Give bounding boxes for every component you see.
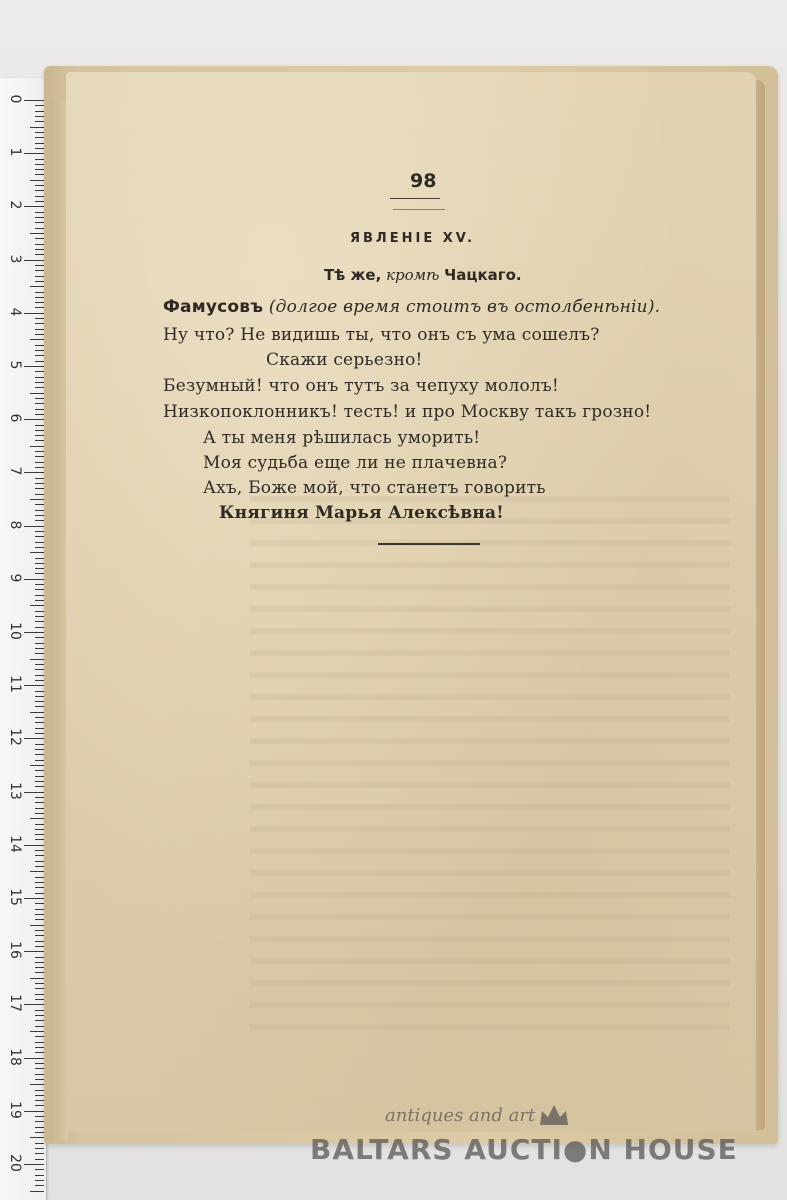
page-number: 98 [410, 170, 436, 192]
speaker-name: Фамусовъ [163, 297, 263, 317]
stage-direction-part3: Чацкаго. [444, 266, 522, 284]
watermark-title: BALTARS AUCTI●N HOUSE [310, 1133, 738, 1166]
page-number-underline-2 [393, 209, 445, 210]
verse-line: А ты меня рѣшилась уморить! [203, 428, 480, 448]
watermark-subtitle: antiques and art [385, 1105, 535, 1126]
verse-line: Ну что? Не видишь ты, что онъ съ ума сош… [163, 325, 600, 345]
crown-icon [538, 1105, 570, 1127]
page-content: 98 ЯВЛЕНІЕ XV. Тѣ же, кромѣ Чацкаго. Фам… [0, 0, 787, 1200]
stage-direction-part1: Тѣ же, [324, 266, 381, 284]
speaker-line: Фамусовъ (долгое время стоитъ въ остолбе… [163, 297, 660, 317]
scene-title: ЯВЛЕНІЕ XV. [350, 231, 475, 246]
speaker-remark: (долгое время стоитъ въ остолбенѣніи). [269, 297, 660, 317]
verse-line: Безумный! что онъ тутъ за чепуху мололъ! [163, 376, 559, 396]
verse-line: Моя судьба еще ли не плачевна? [203, 453, 507, 473]
section-divider [378, 543, 480, 545]
page-number-underline [390, 198, 440, 199]
verse-line: Ахъ, Боже мой, что станетъ говорить [203, 478, 546, 498]
verse-line: Княгиня Марья Алексѣвна! [219, 503, 504, 523]
verse-line: Скажи серьезно! [266, 350, 423, 370]
verse-line: Низкопоклонникъ! тесть! и про Москву так… [163, 402, 651, 422]
stage-direction-part2: кромѣ [386, 266, 439, 284]
stage-direction: Тѣ же, кромѣ Чацкаго. [324, 266, 522, 284]
